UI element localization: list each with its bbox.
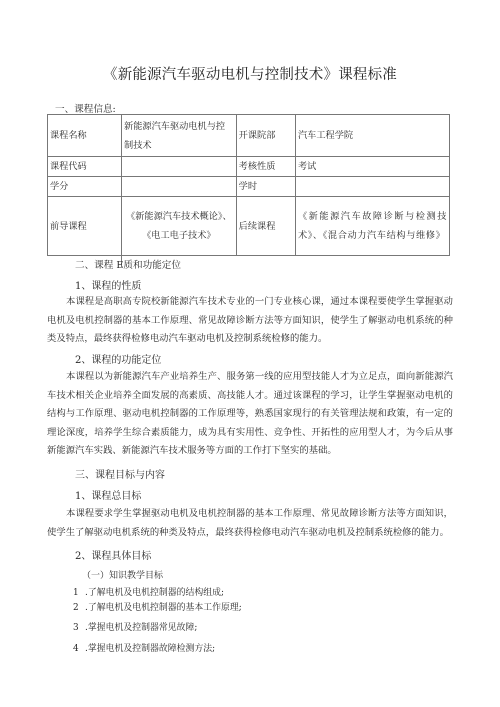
- list-item-text: .掌握电机及控制器常见故障;: [85, 623, 197, 633]
- table-cell-value: 新能源汽车驱动电机与控制技术: [122, 115, 237, 157]
- course-info-table: 课程名称 新能源汽车驱动电机与控制技术 开课院部 汽车工程学院 课程代码 考核性…: [47, 114, 450, 256]
- table-cell-label: 前导课程: [48, 197, 122, 256]
- subheading-knowledge-goals: （一）知识教学目标: [82, 568, 163, 581]
- table-cell-value: 汽车工程学院: [295, 115, 449, 157]
- table-cell-label: 课程代码: [48, 157, 122, 177]
- list-item-text: .了解电机及电机控制器的基本工作原理;: [85, 603, 242, 613]
- table-cell-label: 学时: [236, 177, 295, 197]
- list-item-number: 2: [73, 603, 85, 613]
- list-item-number: 1: [73, 588, 85, 598]
- table-row: 课程代码 考核性质 考试: [48, 157, 450, 177]
- table-cell-label: 学分: [48, 177, 122, 197]
- list-item: 3.掌握电机及控制器常见故障;: [73, 620, 197, 633]
- list-item: 2.了解电机及电机控制器的基本工作原理;: [73, 600, 242, 613]
- table-cell-label: 课程名称: [48, 115, 122, 157]
- table-cell-value: [122, 157, 237, 177]
- list-item: 1.了解电机及电机控制器的结构组成;: [73, 585, 224, 598]
- subheading-specific-goals: 2、课程具体目标: [75, 547, 151, 562]
- table-cell-value: 《新能源汽车技术概论》、《电工电子技术》: [122, 197, 237, 256]
- list-item-number: 3: [73, 623, 85, 633]
- paragraph-course-positioning: 本课程以为新能源汽车产业培养生产、服务第一线的应用型技能人才为立足点，面向新能源…: [47, 368, 453, 461]
- subheading-course-nature: 1、课程的性质: [75, 277, 141, 292]
- table-cell-label: 开课院部: [236, 115, 295, 157]
- list-item-number: 4: [73, 644, 85, 654]
- table-cell-value: [295, 177, 449, 197]
- subheading-overall-goal: 1、课程总目标: [75, 487, 141, 502]
- list-item: 4.掌握电机及控制器故障检测方法;: [73, 641, 215, 654]
- table-cell-value: 考试: [295, 157, 449, 177]
- list-item-text: .掌握电机及控制器故障检测方法;: [85, 644, 215, 654]
- paragraph-course-nature: 本课程是高职高专院校新能源汽车技术专业的一门专业核心课，通过本课程要使学生掌握驱…: [47, 293, 453, 349]
- section-heading-goals-content: 三、课程目标与内容: [75, 466, 165, 481]
- table-row: 前导课程 《新能源汽车技术概论》、《电工电子技术》 后续课程 《新能源汽车故障诊…: [48, 197, 450, 256]
- table-cell-label: 考核性质: [236, 157, 295, 177]
- list-item-text: .了解电机及电机控制器的结构组成;: [85, 588, 224, 598]
- table-row: 学分 学时: [48, 177, 450, 197]
- table-row: 课程名称 新能源汽车驱动电机与控制技术 开课院部 汽车工程学院: [48, 115, 450, 157]
- section-heading-nature-positioning: 二、课程 E质和功能定位: [75, 257, 181, 271]
- document-title: 《新能源汽车驱动电机与控制技术》课程标准: [0, 63, 500, 84]
- table-cell-value: [122, 177, 237, 197]
- table-cell-label: 后续课程: [236, 197, 295, 256]
- paragraph-overall-goal: 本课程要求学生掌握驱动电机及电机控制器的基本工作原理、常见故障诊断方法等方面知识…: [47, 505, 453, 542]
- table-cell-value: 《新能源汽车故障诊断与检测技术》、《混合动力汽车结构与维修》: [295, 197, 449, 256]
- section-heading-course-info: 一、课程信息:: [55, 101, 116, 115]
- subheading-course-positioning: 2、课程的功能定位: [75, 351, 161, 366]
